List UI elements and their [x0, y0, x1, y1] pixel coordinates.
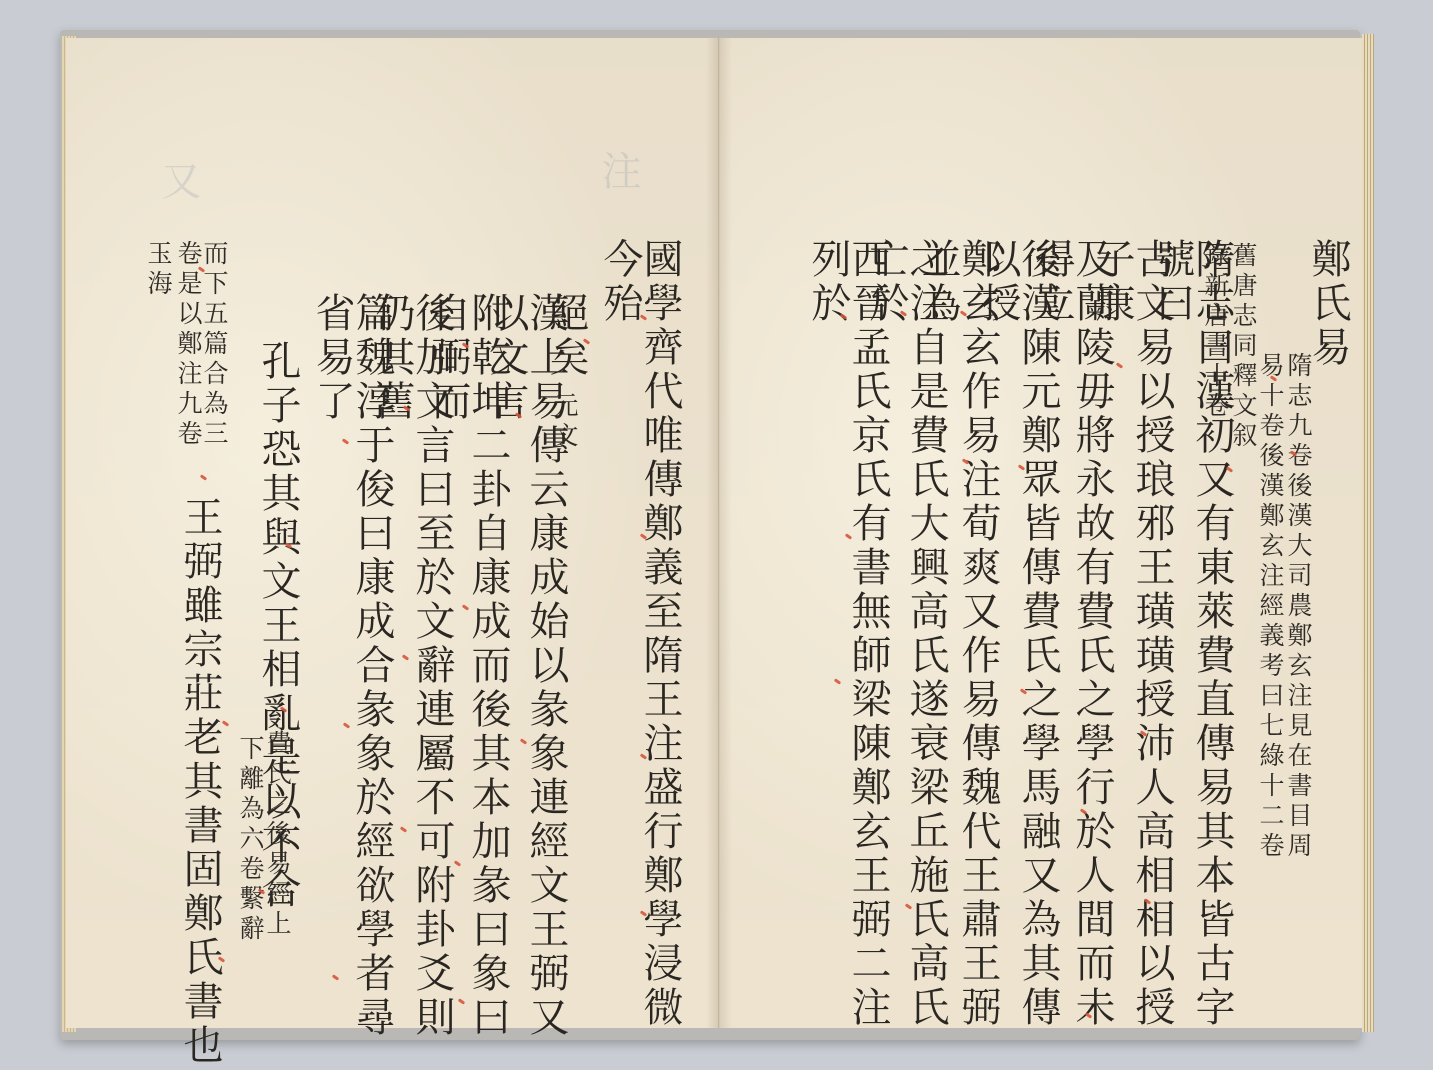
text-column: 篇魏淳于俊曰康成合彖象於經欲學者尋省易了 [312, 292, 392, 1070]
show-through-text: 又 [150, 160, 207, 204]
annotation-column: 卷是以鄭注九卷 [176, 240, 201, 450]
text-column: 王弼雖宗莊老其書固鄭氏書也 [180, 496, 220, 1068]
annotation-column: 易十卷後漢鄭玄注經義考曰七綠十二卷 [1258, 352, 1283, 862]
annotation-column: 而下五篇合為三 [202, 240, 227, 450]
book-gutter [706, 38, 732, 1028]
annotation-column: 隋志九卷後漢大司農鄭玄注見在書目周 [1286, 352, 1311, 862]
annotation-column: 玉海 [146, 240, 171, 300]
show-through-text: 注 [590, 150, 647, 194]
column-heading: 鄭氏易 [1308, 238, 1348, 370]
annotation-column: 費氏之後易經上 [265, 730, 290, 940]
annotation-column: 下離為六卷繫辭 [238, 735, 263, 945]
right-fore-edge [1362, 34, 1374, 1032]
text-column: 國學齊代唯傳鄭義至隋王注盛行鄭學浸微今殆 [600, 238, 680, 1070]
text-column: 西晉孟氏京氏有書無師梁陳鄭玄王弼二注列於 [808, 238, 888, 1070]
